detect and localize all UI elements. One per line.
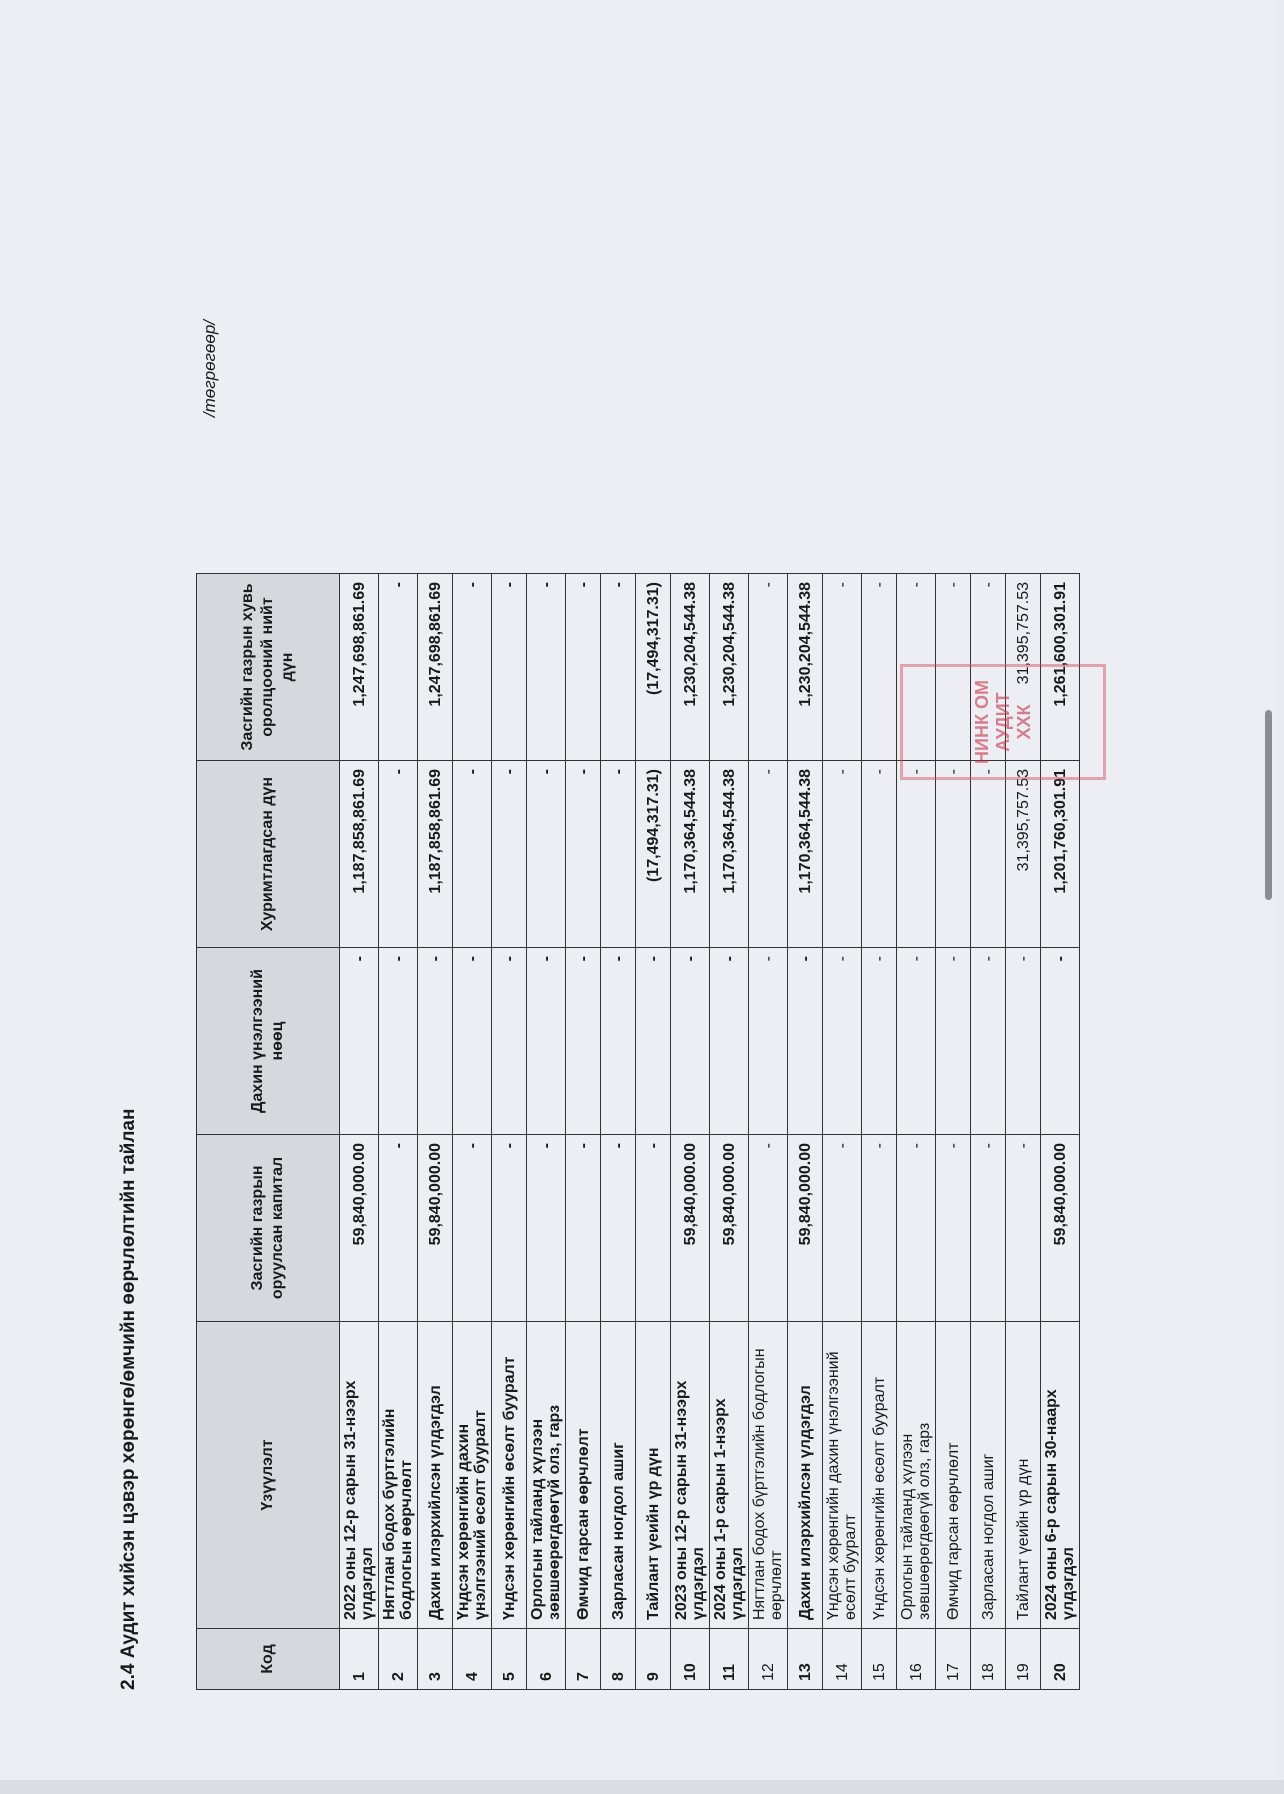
row-description: Нягтлан бодох бүртгэлийн бодлогын өөрчлө… xyxy=(379,1322,418,1629)
row-gov-capital: - xyxy=(492,1135,527,1322)
row-description: Нягтлан бодох бүртгэлийн бодлогын өөрчлө… xyxy=(749,1322,788,1629)
table-row: 102023 оны 12-р сарын 31-нээрх үлдэгдэл5… xyxy=(671,574,710,1690)
row-gov-capital: - xyxy=(897,1135,936,1322)
col-code: Код xyxy=(197,1629,340,1690)
row-description: Дахин илэрхийлсэн үлдэгдэл xyxy=(788,1322,823,1629)
row-accumulated: - xyxy=(823,761,862,948)
row-revaluation: - xyxy=(566,948,601,1135)
table-row: 112024 оны 1-р сарын 1-нээрх үлдэгдэл59,… xyxy=(710,574,749,1690)
row-description: 2024 оны 6-р сарын 30-наарх үлдэгдэл xyxy=(1041,1322,1080,1629)
row-gov-capital: - xyxy=(636,1135,671,1322)
row-total: - xyxy=(566,574,601,761)
row-code: 15 xyxy=(862,1629,897,1690)
row-description: Орлогын тайланд хүлээн зөвшөөрөгдөөгүй о… xyxy=(527,1322,566,1629)
row-accumulated: 1,187,858,861.69 xyxy=(418,761,453,948)
report-title: 2.4 Аудит хийсэн цэвэр хөрөнгө/өмчийн өө… xyxy=(118,1109,140,1690)
table-row: 6Орлогын тайланд хүлээн зөвшөөрөгдөөгүй … xyxy=(527,574,566,1690)
row-revaluation: - xyxy=(636,948,671,1135)
row-gov-capital: 59,840,000.00 xyxy=(788,1135,823,1322)
row-description: Тайлант үеийн үр дүн xyxy=(636,1322,671,1629)
row-code: 9 xyxy=(636,1629,671,1690)
row-revaluation: - xyxy=(492,948,527,1135)
col-revaluation-reserve: Дахин үнэлгээний нөөц xyxy=(197,948,340,1135)
table-row: 13Дахин илэрхийлсэн үлдэгдэл59,840,000.0… xyxy=(788,574,823,1690)
row-code: 6 xyxy=(527,1629,566,1690)
row-code: 13 xyxy=(788,1629,823,1690)
row-accumulated: - xyxy=(897,761,936,948)
table-row: 14Үндсэн хөрөнгийн дахин үнэлгээний өсөл… xyxy=(823,574,862,1690)
table-row: 7Өмчид гарсан өөрчлөлт---- xyxy=(566,574,601,1690)
bottom-bar xyxy=(0,1780,1284,1794)
row-gov-capital: - xyxy=(601,1135,636,1322)
row-description: Өмчид гарсан өөрчлөлт xyxy=(936,1322,971,1629)
row-code: 5 xyxy=(492,1629,527,1690)
row-accumulated: - xyxy=(936,761,971,948)
row-description: Зарласан ногдол ашиг xyxy=(601,1322,636,1629)
row-code: 11 xyxy=(710,1629,749,1690)
row-total: (17,494,317.31) xyxy=(636,574,671,761)
table-row: 2Нягтлан бодох бүртгэлийн бодлогын өөрчл… xyxy=(379,574,418,1690)
row-gov-capital: - xyxy=(453,1135,492,1322)
row-gov-capital: 59,840,000.00 xyxy=(340,1135,379,1322)
row-gov-capital: - xyxy=(379,1135,418,1322)
table-row: 5Үндсэн хөрөнгийн өсөлт бууралт---- xyxy=(492,574,527,1690)
row-revaluation: - xyxy=(671,948,710,1135)
row-code: 2 xyxy=(379,1629,418,1690)
row-code: 16 xyxy=(897,1629,936,1690)
row-code: 7 xyxy=(566,1629,601,1690)
row-description: Дахин илэрхийлсэн үлдэгдэл xyxy=(418,1322,453,1629)
row-code: 20 xyxy=(1041,1629,1080,1690)
table-row: 8Зарласан ногдол ашиг---- xyxy=(601,574,636,1690)
row-gov-capital: - xyxy=(566,1135,601,1322)
row-gov-capital: - xyxy=(527,1135,566,1322)
row-accumulated: (17,494,317.31) xyxy=(636,761,671,948)
col-total: Засгийн газрын хувь оролцооний нийт дүн xyxy=(197,574,340,761)
row-description: Үндсэн хөрөнгийн дахин үнэлгээний өсөлт … xyxy=(453,1322,492,1629)
row-accumulated: 1,170,364,544.38 xyxy=(671,761,710,948)
row-description: Орлогын тайланд хүлээн зөвшөөрөгдөөгүй о… xyxy=(897,1322,936,1629)
row-revaluation: - xyxy=(340,948,379,1135)
row-accumulated: 1,170,364,544.38 xyxy=(710,761,749,948)
row-total: - xyxy=(749,574,788,761)
row-revaluation: - xyxy=(862,948,897,1135)
col-accumulated: Хуримтлагдсан дүн xyxy=(197,761,340,948)
row-accumulated: - xyxy=(862,761,897,948)
row-revaluation: - xyxy=(601,948,636,1135)
row-revaluation: - xyxy=(418,948,453,1135)
currency-unit: /төгрөгөөр/ xyxy=(200,320,220,417)
table-row: 12022 оны 12-р сарын 31-нээрх үлдэгдэл59… xyxy=(340,574,379,1690)
row-total: - xyxy=(492,574,527,761)
row-code: 1 xyxy=(340,1629,379,1690)
row-accumulated: - xyxy=(601,761,636,948)
row-code: 8 xyxy=(601,1629,636,1690)
row-accumulated: - xyxy=(749,761,788,948)
row-accumulated: - xyxy=(527,761,566,948)
row-description: Үндсэн хөрөнгийн өсөлт бууралт xyxy=(492,1322,527,1629)
row-total: 1,247,698,861.69 xyxy=(340,574,379,761)
row-description: 2023 оны 12-р сарын 31-нээрх үлдэгдэл xyxy=(671,1322,710,1629)
row-total: - xyxy=(601,574,636,761)
row-revaluation: - xyxy=(823,948,862,1135)
row-description: 2022 оны 12-р сарын 31-нээрх үлдэгдэл xyxy=(340,1322,379,1629)
audit-stamp: НИНК ОМ АУДИТ ХХК xyxy=(900,664,1106,780)
row-gov-capital: - xyxy=(862,1135,897,1322)
row-gov-capital: - xyxy=(749,1135,788,1322)
row-description: Өмчид гарсан өөрчлөлт xyxy=(566,1322,601,1629)
row-code: 18 xyxy=(971,1629,1006,1690)
row-accumulated: - xyxy=(566,761,601,948)
row-description: Үндсэн хөрөнгийн өсөлт бууралт xyxy=(862,1322,897,1629)
row-code: 3 xyxy=(418,1629,453,1690)
row-revaluation: - xyxy=(788,948,823,1135)
row-total: 1,230,204,544.38 xyxy=(788,574,823,761)
row-total: 1,247,698,861.69 xyxy=(418,574,453,761)
row-revaluation: - xyxy=(1041,948,1080,1135)
col-description: Үзүүлэлт xyxy=(197,1322,340,1629)
row-code: 14 xyxy=(823,1629,862,1690)
row-gov-capital: 59,840,000.00 xyxy=(710,1135,749,1322)
row-total: - xyxy=(379,574,418,761)
row-accumulated: - xyxy=(379,761,418,948)
row-gov-capital: - xyxy=(1006,1135,1041,1322)
table-row: 9Тайлант үеийн үр дүн--(17,494,317.31)(1… xyxy=(636,574,671,1690)
row-accumulated: 1,170,364,544.38 xyxy=(788,761,823,948)
row-revaluation: - xyxy=(710,948,749,1135)
row-code: 17 xyxy=(936,1629,971,1690)
row-total: - xyxy=(823,574,862,761)
row-revaluation: - xyxy=(379,948,418,1135)
row-total: - xyxy=(453,574,492,761)
row-gov-capital: 59,840,000.00 xyxy=(1041,1135,1080,1322)
row-revaluation: - xyxy=(749,948,788,1135)
row-revaluation: - xyxy=(936,948,971,1135)
row-revaluation: - xyxy=(453,948,492,1135)
row-accumulated: - xyxy=(492,761,527,948)
row-total: - xyxy=(527,574,566,761)
table-header: Код Үзүүлэлт Засгийн газрын оруулсан кап… xyxy=(197,574,340,1690)
row-total: - xyxy=(862,574,897,761)
scanned-page: 2.4 Аудит хийсэн цэвэр хөрөнгө/өмчийн өө… xyxy=(0,0,1276,1780)
row-accumulated: - xyxy=(453,761,492,948)
table-row: 12Нягтлан бодох бүртгэлийн бодлогын өөрч… xyxy=(749,574,788,1690)
row-description: 2024 оны 1-р сарын 1-нээрх үлдэгдэл xyxy=(710,1322,749,1629)
row-gov-capital: 59,840,000.00 xyxy=(418,1135,453,1322)
row-total: 1,230,204,544.38 xyxy=(671,574,710,761)
row-accumulated: 31,395,757.53 xyxy=(1006,761,1041,948)
row-accumulated: - xyxy=(971,761,1006,948)
row-description: Тайлант үеийн үр дүн xyxy=(1006,1322,1041,1629)
table-row: 4Үндсэн хөрөнгийн дахин үнэлгээний өсөлт… xyxy=(453,574,492,1690)
row-code: 10 xyxy=(671,1629,710,1690)
row-code: 12 xyxy=(749,1629,788,1690)
row-revaluation: - xyxy=(1006,948,1041,1135)
row-code: 4 xyxy=(453,1629,492,1690)
row-description: Үндсэн хөрөнгийн дахин үнэлгээний өсөлт … xyxy=(823,1322,862,1629)
row-gov-capital: 59,840,000.00 xyxy=(671,1135,710,1322)
row-revaluation: - xyxy=(527,948,566,1135)
col-gov-capital: Засгийн газрын оруулсан капитал xyxy=(197,1135,340,1322)
row-code: 19 xyxy=(1006,1629,1041,1690)
rotated-document: 2.4 Аудит хийсэн цэвэр хөрөнгө/өмчийн өө… xyxy=(110,110,1130,1720)
row-description: Зарласан ногдол ашиг xyxy=(971,1322,1006,1629)
row-gov-capital: - xyxy=(971,1135,1006,1322)
row-accumulated: 1,201,760,301.91 xyxy=(1041,761,1080,948)
row-total: 1,230,204,544.38 xyxy=(710,574,749,761)
table-row: 3Дахин илэрхийлсэн үлдэгдэл59,840,000.00… xyxy=(418,574,453,1690)
row-revaluation: - xyxy=(897,948,936,1135)
row-accumulated: 1,187,858,861.69 xyxy=(340,761,379,948)
row-gov-capital: - xyxy=(823,1135,862,1322)
row-revaluation: - xyxy=(971,948,1006,1135)
row-gov-capital: - xyxy=(936,1135,971,1322)
vertical-scrollbar[interactable] xyxy=(1265,710,1272,900)
table-row: 15Үндсэн хөрөнгийн өсөлт бууралт---- xyxy=(862,574,897,1690)
